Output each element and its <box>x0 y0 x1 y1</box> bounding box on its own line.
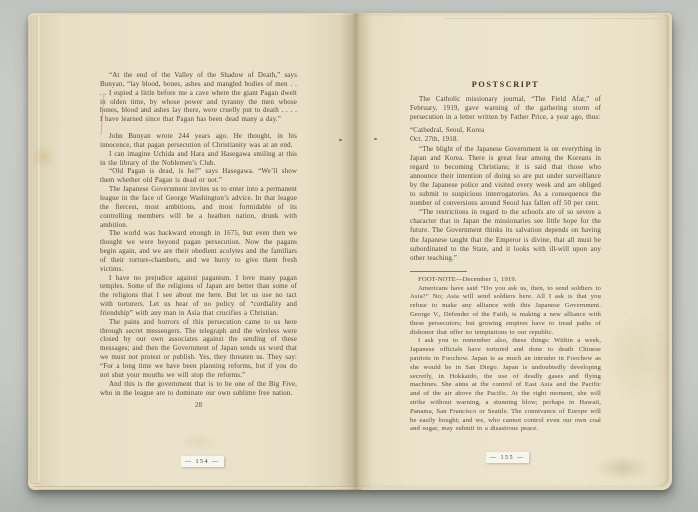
footnote: FOOT-NOTE—December 1, 1919. Americans ha… <box>410 276 601 434</box>
paragraph: And this is the government that is to be… <box>100 380 297 398</box>
letter-heading: “Cathedral, Seoul, Korea Oct. 27th, 1918… <box>410 126 601 144</box>
open-book: “At the end of the Valley of the Shadow … <box>28 13 672 490</box>
paragraph: John Bunyan wrote 244 years ago. He thou… <box>100 132 297 150</box>
scan-background: “At the end of the Valley of the Shadow … <box>0 0 698 512</box>
catalog-page-label: — 155 — <box>486 452 529 463</box>
paragraph: The Catholic missionary journal, “The Fi… <box>410 95 601 122</box>
postscript-heading: POSTSCRIPT <box>410 80 601 89</box>
footnote-label: FOOT-NOTE—December 1, 1919. <box>410 276 601 285</box>
paragraph: “Old Pagan is dead, is he?” says Hasegaw… <box>100 167 297 185</box>
paragraph: I can imagine Uchida and Hara and Hasega… <box>100 150 297 168</box>
paragraph: The pains and horrors of this persecutio… <box>100 318 297 380</box>
paragraph: The Japanese Government invites us to en… <box>100 185 297 229</box>
paragraph: The world was backward enough in 1675, b… <box>100 229 297 273</box>
paragraph: I have no prejudice against paganism. I … <box>100 274 297 318</box>
footnote-rule <box>410 271 467 272</box>
page-top-edge <box>445 18 663 19</box>
ink-speck <box>374 138 377 140</box>
letter-date: Oct. 27th, 1918. <box>410 135 601 144</box>
paragraph: “The restrictions in regard to the schoo… <box>410 208 601 263</box>
paragraph: “At the end of the Valley of the Shadow … <box>100 71 297 124</box>
letter-place: “Cathedral, Seoul, Korea <box>410 126 601 135</box>
page-number: 28 <box>100 401 297 410</box>
right-page-text: POSTSCRIPT The Catholic missionary journ… <box>410 80 601 434</box>
paragraph: Americans have said “Do you ask us, then… <box>410 285 601 338</box>
page-edge-right <box>669 16 672 88</box>
paragraph: “The blight of the Japanese Government i… <box>410 145 601 209</box>
left-page-text: “At the end of the Valley of the Shadow … <box>100 71 297 410</box>
catalog-page-label: — 154 — <box>181 456 224 467</box>
paragraph: I ask you to remember also, these things… <box>410 337 601 434</box>
ink-speck <box>339 139 342 141</box>
